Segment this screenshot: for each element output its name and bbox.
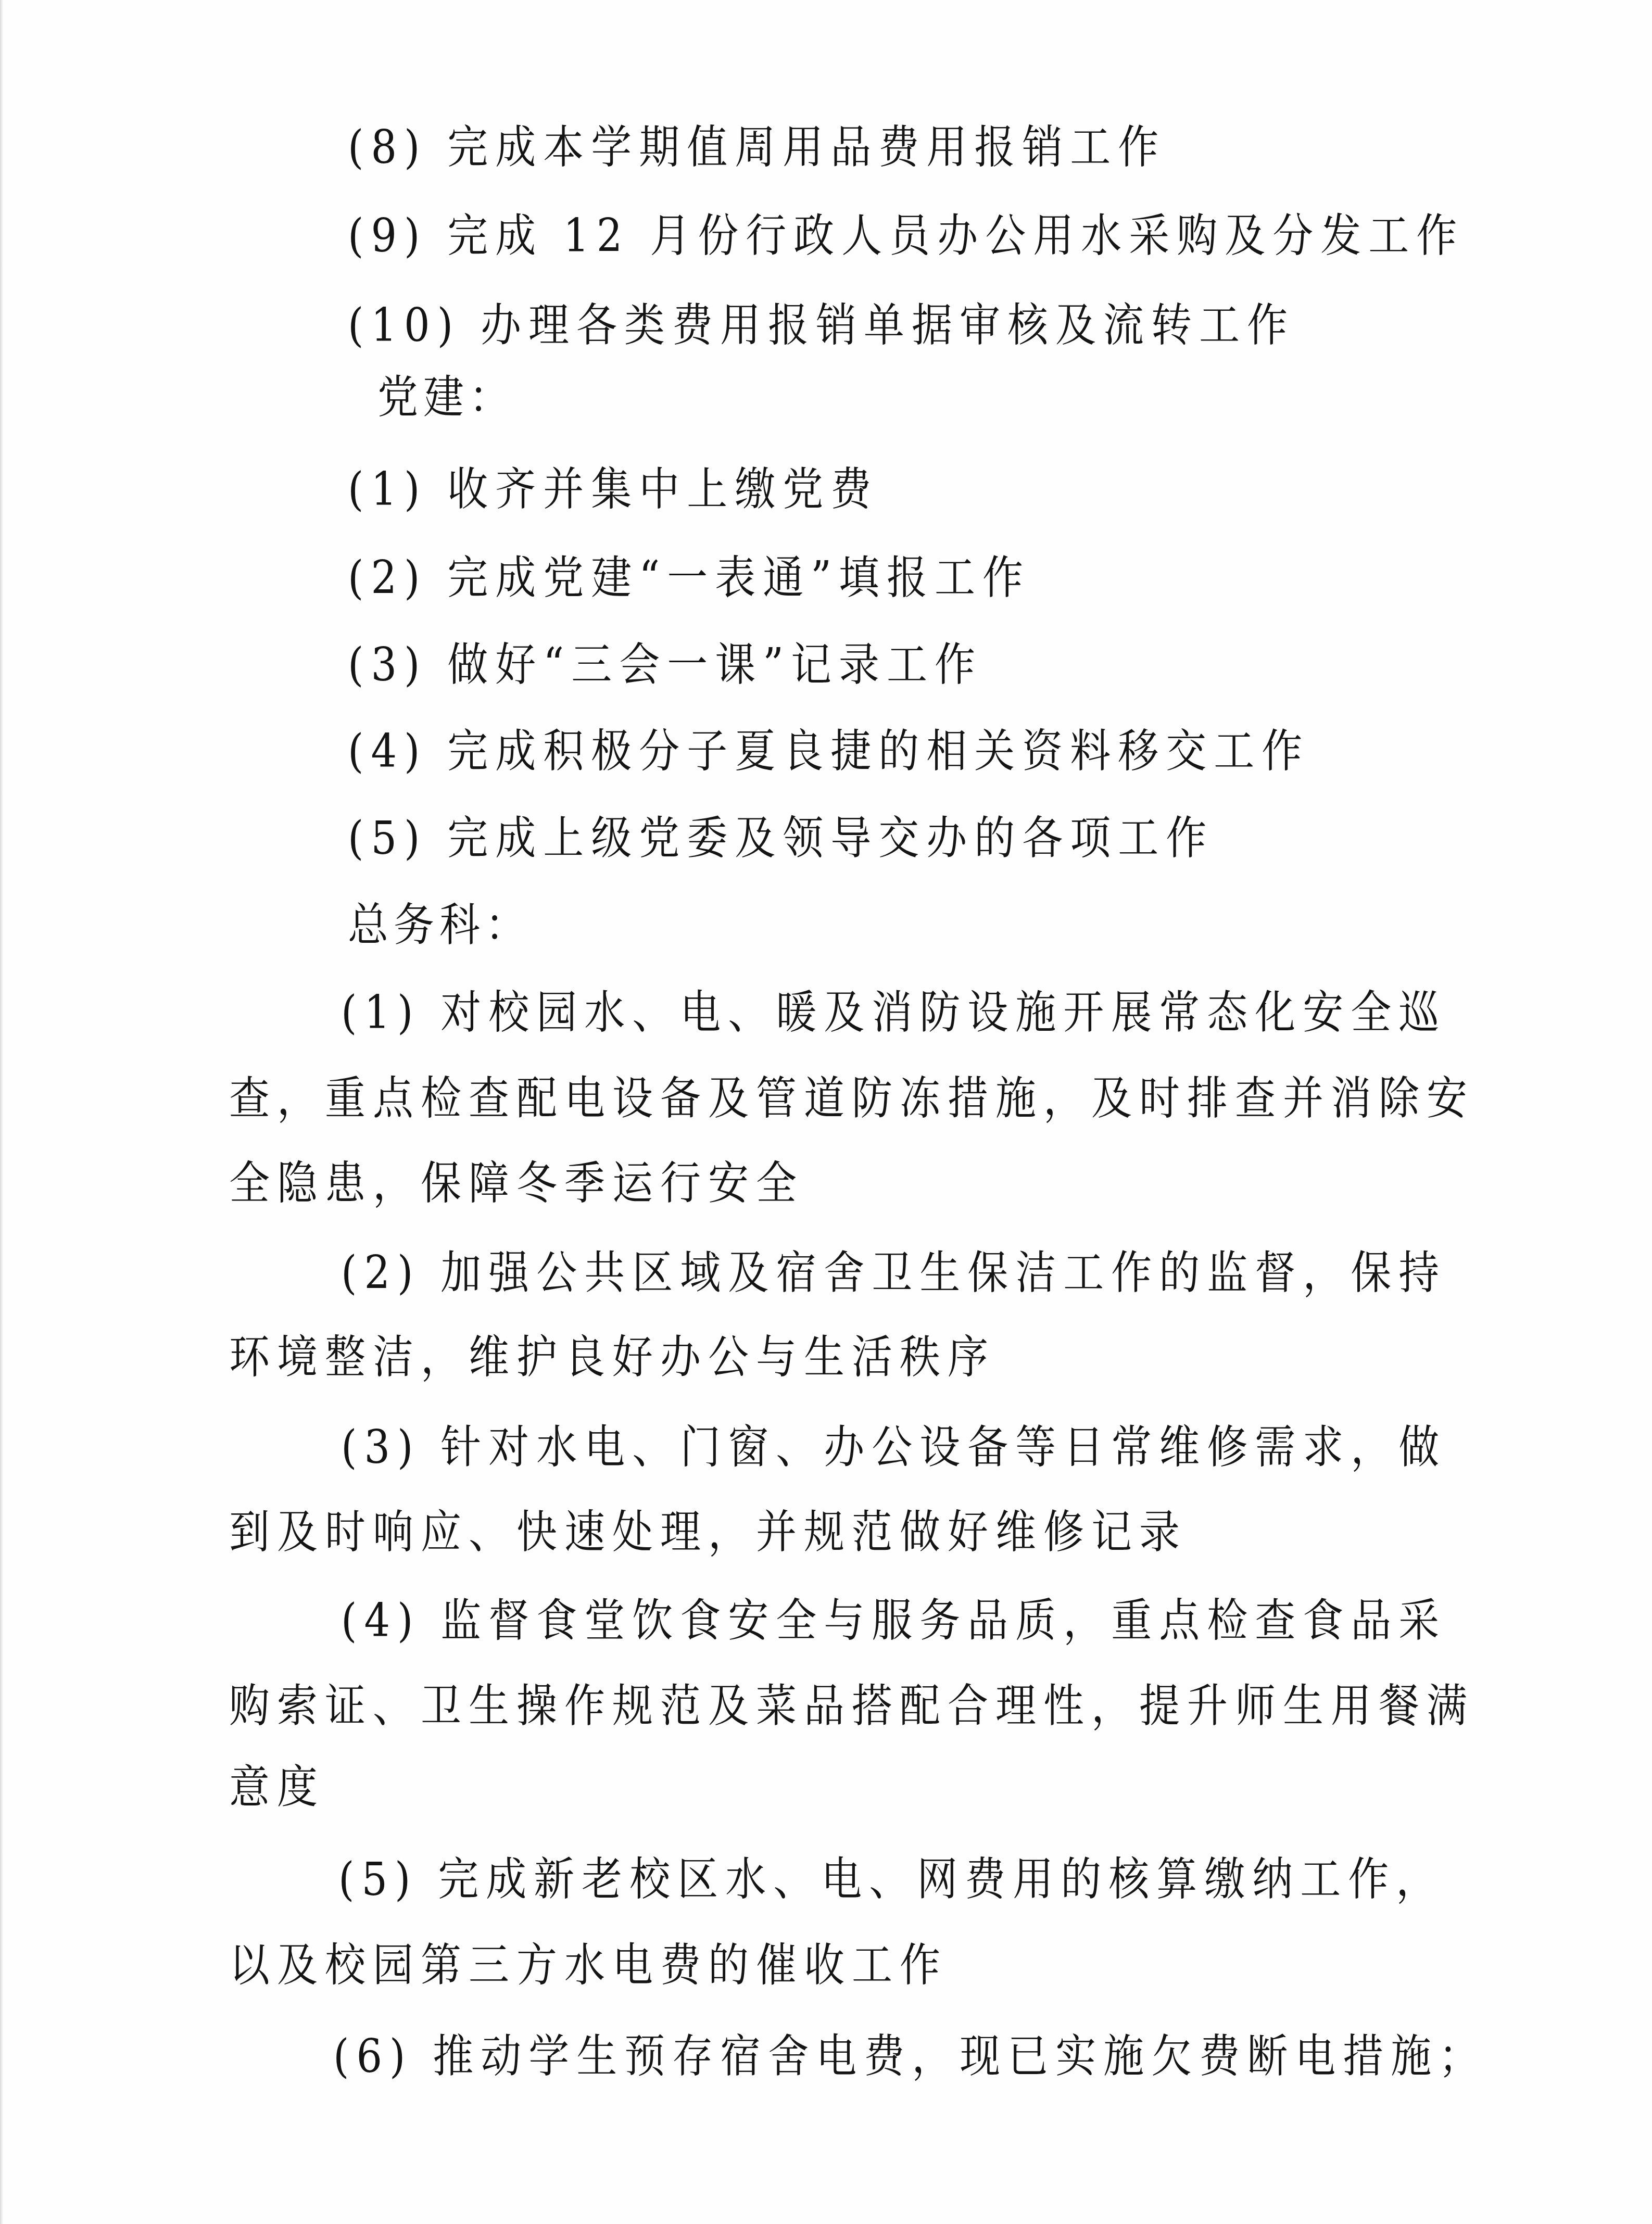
item-text: 办理各类费用报销单据审核及流转工作 (481, 300, 1295, 352)
general-item-4-line-3: 意度 (229, 1759, 325, 1817)
admin-item-8: (8) 完成本学期值周用品费用报销工作 (348, 119, 1166, 177)
item-text: 推动学生预存宿舍电费，现已实施欠费断电措施； (433, 2031, 1486, 2083)
item-number: (2) (348, 552, 427, 605)
party-building-heading: 党建： (377, 369, 515, 427)
item-number: (5) (348, 813, 427, 865)
item-text: 对校园水、电、暖及消防设施开展常态化安全巡 (440, 987, 1446, 1040)
general-item-3-line-2: 到及时响应、快速处理，并规范做好维修记录 (229, 1503, 1187, 1562)
general-item-4-line-2: 购索证、卫生操作规范及菜品搭配合理性，提升师生用餐满 (229, 1677, 1474, 1736)
scan-edge-shadow (0, 0, 3, 2224)
item-text: 完成党建“一表通”填报工作 (447, 552, 1030, 605)
general-item-2-line-2: 环境整洁，维护良好办公与生活秩序 (229, 1329, 995, 1387)
item-number: (4) (348, 726, 427, 778)
general-affairs-heading: 总务科： (348, 896, 531, 955)
item-number: (3) (348, 639, 427, 692)
general-item-4-line-1: (4) 监督食堂饮食安全与服务品质，重点检查食品采 (341, 1592, 1446, 1650)
item-number: (4) (341, 1595, 421, 1648)
party-item-4: (4) 完成积极分子夏良捷的相关资料移交工作 (348, 723, 1309, 781)
item-text: 完成积极分子夏良捷的相关资料移交工作 (447, 726, 1309, 778)
item-number: (3) (341, 1422, 421, 1474)
item-number: (6) (333, 2031, 413, 2083)
general-item-1-line-1: (1) 对校园水、电、暖及消防设施开展常态化安全巡 (341, 984, 1446, 1042)
general-item-2-line-1: (2) 加强公共区域及宿舍卫生保洁工作的监督，保持 (341, 1244, 1446, 1303)
party-item-5: (5) 完成上级党委及领导交办的各项工作 (348, 810, 1214, 868)
general-item-1-line-3: 全隐患，保障冬季运行安全 (229, 1155, 804, 1213)
item-number: (5) (338, 1854, 418, 1906)
general-item-5-line-2: 以及校园第三方水电费的催收工作 (229, 1937, 948, 1995)
party-item-1: (1) 收齐并集中上缴党费 (348, 461, 878, 519)
item-number: (2) (341, 1247, 421, 1300)
item-number: (10) (348, 300, 460, 352)
scanned-document-page: (8) 完成本学期值周用品费用报销工作 (9) 完成 12 月份行政人员办公用水… (0, 0, 1652, 2224)
item-number: (1) (341, 987, 421, 1040)
item-text: 针对水电、门窗、办公设备等日常维修需求，做 (440, 1422, 1446, 1474)
general-item-1-line-2: 查，重点检查配电设备及管道防冻措施，及时排查并消除安 (229, 1070, 1474, 1128)
admin-item-10: (10) 办理各类费用报销单据审核及流转工作 (348, 297, 1295, 355)
item-text: 监督食堂饮食安全与服务品质，重点检查食品采 (440, 1595, 1446, 1648)
party-item-3: (3) 做好“三会一课”记录工作 (348, 636, 982, 694)
general-item-6-line-1: (6) 推动学生预存宿舍电费，现已实施欠费断电措施； (333, 2028, 1486, 2086)
item-number: (8) (348, 122, 427, 174)
item-text: 完成新老校区水、电、网费用的核算缴纳工作， (438, 1854, 1444, 1906)
admin-item-9: (9) 完成 12 月份行政人员办公用水采购及分发工作 (348, 207, 1464, 266)
party-item-2: (2) 完成党建“一表通”填报工作 (348, 549, 1030, 608)
general-item-5-line-1: (5) 完成新老校区水、电、网费用的核算缴纳工作， (338, 1851, 1444, 1909)
general-item-3-line-1: (3) 针对水电、门窗、办公设备等日常维修需求，做 (341, 1419, 1446, 1477)
item-text: 完成上级党委及领导交办的各项工作 (447, 813, 1214, 865)
item-text: 完成 12 月份行政人员办公用水采购及分发工作 (447, 210, 1464, 263)
item-text: 收齐并集中上缴党费 (447, 464, 878, 516)
item-text: 做好“三会一课”记录工作 (447, 639, 982, 692)
item-text: 加强公共区域及宿舍卫生保洁工作的监督，保持 (440, 1247, 1446, 1300)
item-number: (1) (348, 464, 427, 516)
item-number: (9) (348, 210, 427, 263)
item-text: 完成本学期值周用品费用报销工作 (447, 122, 1166, 174)
